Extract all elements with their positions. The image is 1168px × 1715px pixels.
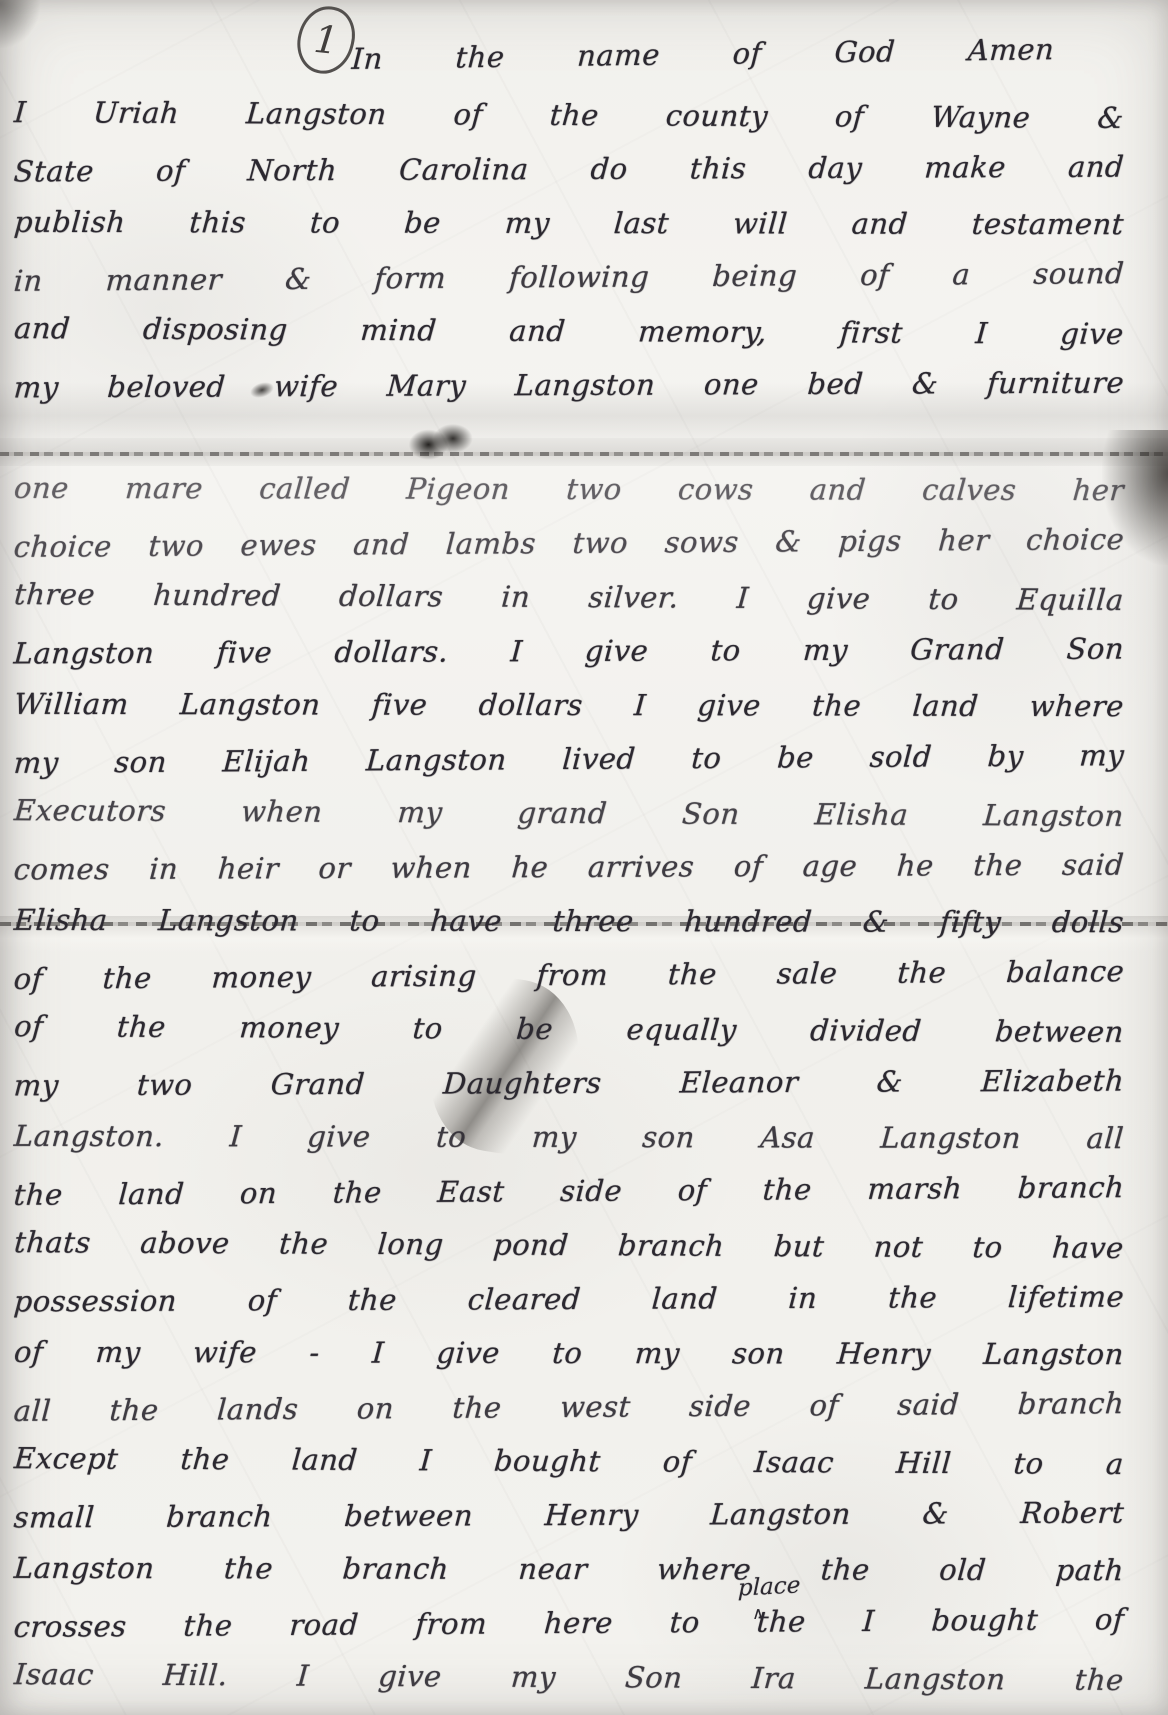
manuscript-line: State of North Carolina do this day make… [12, 140, 1126, 199]
manuscript-line: Langston five dollars. I give to my Gran… [12, 622, 1126, 681]
manuscript-line: Langston. I give to my son Asa Langston … [12, 1109, 1126, 1165]
manuscript-line: Elisha Langston to have three hundred & … [12, 893, 1126, 949]
manuscript-line: of my wife - I give to my son Henry Lang… [12, 1325, 1126, 1381]
manuscript-line: all the lands on the west side of said b… [12, 1376, 1126, 1438]
manuscript-line: possession of the cleared land in the li… [12, 1270, 1126, 1329]
insertion-caret-icon: ∧ [752, 1604, 764, 1624]
scan-corner-shadow [0, 0, 40, 48]
manuscript-line: publish this to be my last will and test… [12, 195, 1126, 251]
page-number: 1 [312, 17, 341, 63]
manuscript-line: small branch between Henry Langston & Ro… [12, 1486, 1126, 1545]
manuscript-line: William Langston five dollars I give the… [12, 677, 1126, 733]
manuscript-opening-line: In the name of God Amen [350, 21, 1056, 87]
manuscript-line: comes in heir or when he arrives of age … [12, 838, 1126, 897]
manuscript-body: I Uriah Langston of the county of Wayne … [14, 88, 1132, 1704]
manuscript-line: of the money arising from the sale the b… [12, 944, 1126, 1006]
manuscript-line: of the money to be equally divided betwe… [12, 999, 1126, 1059]
manuscript-line: one mare called Pigeon two cows and calv… [12, 461, 1126, 517]
manuscript-line: Isaac Hill. I give my Son Ira Langston t… [12, 1647, 1126, 1707]
manuscript-line: thats above the long pond branch but not… [12, 1215, 1126, 1275]
manuscript-line: my son Elijah Langston lived to be sold … [12, 728, 1126, 790]
manuscript-line: I Uriah Langston of the county of Wayne … [12, 85, 1126, 145]
manuscript-scan-page: 1 In the name of God Amen I Uriah Langst… [0, 0, 1168, 1715]
manuscript-line: and disposing mind and memory, first I g… [12, 301, 1126, 361]
manuscript-line: Except the land I bought of Isaac Hill t… [12, 1431, 1126, 1491]
manuscript-line: my two Grand Daughters Eleanor & Elizabe… [12, 1054, 1126, 1113]
manuscript-line: three hundred dollars in silver. I give … [12, 567, 1126, 627]
manuscript-line: Langston the branch near where the old p… [12, 1541, 1126, 1597]
manuscript-line: in manner & form following being of a so… [12, 246, 1126, 308]
manuscript-line: Executors when my grand Son Elisha Langs… [12, 783, 1126, 843]
inserted-word: place [738, 1572, 801, 1601]
manuscript-line: crosses the road from here to the I boug… [12, 1592, 1126, 1654]
manuscript-line: the land on the East side of the marsh b… [12, 1160, 1126, 1222]
manuscript-line: choice two ewes and lambs two sows & pig… [12, 512, 1126, 574]
manuscript-line: my beloved wife Mary Langston one bed & … [12, 356, 1126, 415]
